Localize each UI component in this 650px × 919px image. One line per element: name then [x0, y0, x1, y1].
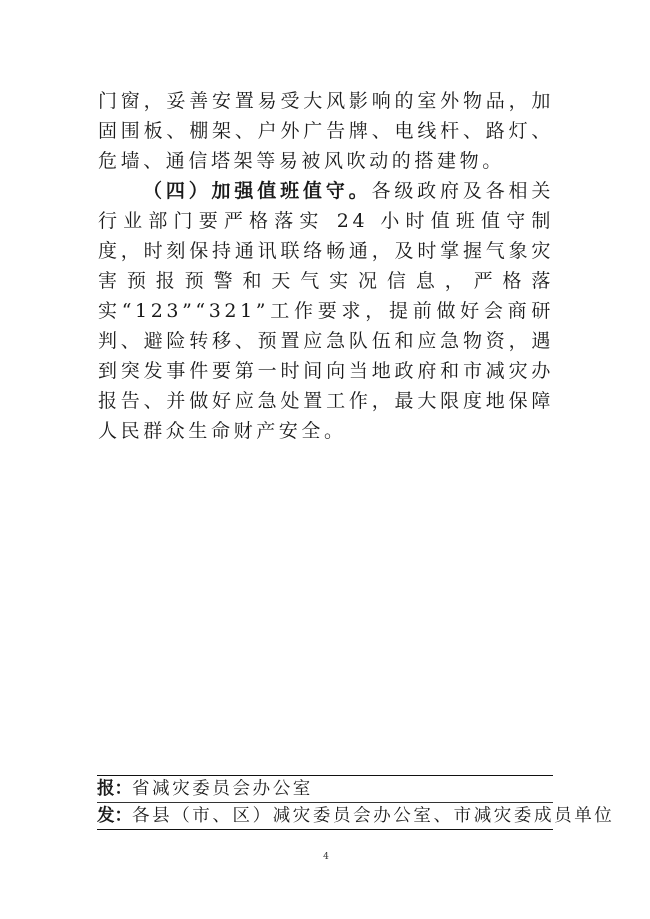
paragraph-continuation: 门窗，妥善安置易受大风影响的室外物品，加固围板、棚架、户外广告牌、电线杆、路灯、…: [98, 86, 554, 176]
paragraph-duty-watch: （四）加强值班值守。各级政府及各相关行业部门要严格落实 24 小时值班值守制度，…: [98, 176, 554, 446]
send-row: 发：各县（市、区）减灾委员会办公室、市减灾委成员单位: [97, 803, 553, 829]
page-number: 4: [321, 852, 331, 862]
paragraph-text: 门窗，妥善安置易受大风影响的室外物品，加固围板、棚架、户外广告牌、电线杆、路灯、…: [98, 90, 554, 172]
send-recipients: 各县（市、区）减灾委员会办公室、市减灾委成员单位: [132, 806, 614, 826]
document-page: 门窗，妥善安置易受大风影响的室外物品，加固围板、棚架、户外广告牌、电线杆、路灯、…: [0, 0, 650, 919]
document-body: 门窗，妥善安置易受大风影响的室外物品，加固围板、棚架、户外广告牌、电线杆、路灯、…: [98, 86, 554, 446]
send-label: 发：: [97, 806, 132, 826]
distribution-block: 报：省减灾委员会办公室 发：各县（市、区）减灾委员会办公室、市减灾委成员单位: [97, 775, 553, 830]
section-heading: （四）加强值班值守。: [143, 180, 371, 202]
paragraph-text: 各级政府及各相关行业部门要严格落实 24 小时值班值守制度，时刻保持通讯联络畅通…: [98, 180, 554, 442]
report-row: 报：省减灾委员会办公室: [97, 776, 553, 803]
report-label: 报：: [97, 779, 132, 799]
report-recipient: 省减灾委员会办公室: [132, 779, 313, 799]
